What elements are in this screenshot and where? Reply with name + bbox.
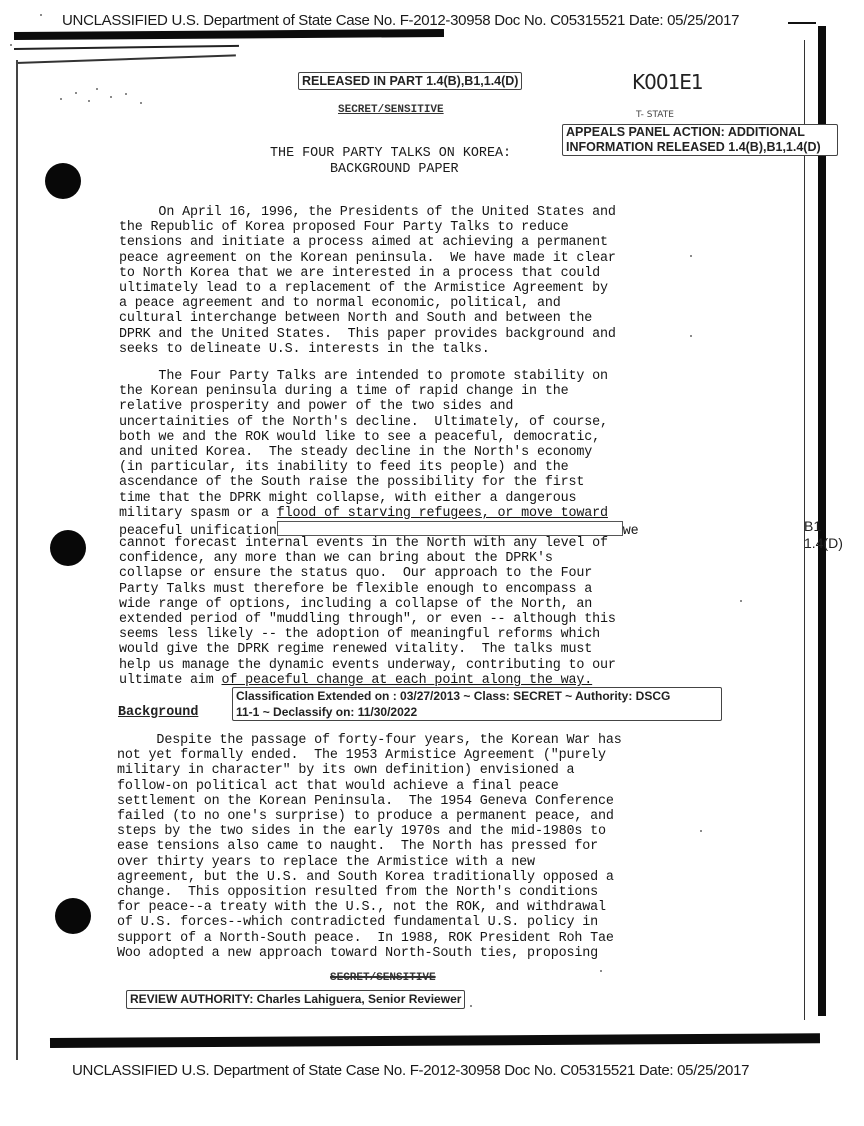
paragraph-line: agreement, but the U.S. and South Korea … xyxy=(117,870,622,885)
paragraph-line: seems less likely -- the adoption of mea… xyxy=(119,627,616,642)
paragraph-line: ease tensions also came to naught. The N… xyxy=(117,839,622,854)
paragraph-line: Party Talks must therefore be flexible e… xyxy=(119,582,616,597)
paragraph-line: the Korean peninsula during a time of ra… xyxy=(119,384,608,399)
paragraph-line: change. This opposition resulted from th… xyxy=(117,885,622,900)
last-line-text: ultimate aim xyxy=(119,673,222,688)
paragraph-purpose-last-line: ultimate aim of peaceful change at each … xyxy=(119,673,592,688)
paragraph-line: relative prosperity and power of the two… xyxy=(119,399,608,414)
paragraph-line: both we and the ROK would like to see a … xyxy=(119,430,608,445)
paragraph-line: military in character" by its own defini… xyxy=(117,763,622,778)
exemption-margin-note: B1 1.4(D) xyxy=(804,518,843,552)
paragraph-line: ascendance of the South raise the possib… xyxy=(119,475,608,490)
classification-mark-top: SECRET/SENSITIVE xyxy=(338,104,444,116)
handwritten-code: K001E1 xyxy=(632,70,703,94)
scan-border-bottom xyxy=(50,1033,820,1048)
last-line-underlined: of peaceful change at each point along t… xyxy=(222,673,593,688)
paragraph-line: steps by the two sides in the early 1970… xyxy=(117,824,622,839)
paragraph-purpose-spasm-line: military spasm or a flood of starving re… xyxy=(119,506,608,521)
paragraph-line: Despite the passage of forty-four years,… xyxy=(117,733,622,748)
paragraph-line: Woo adopted a new approach toward North-… xyxy=(117,946,622,961)
paragraph-line: extended period of "muddling through", o… xyxy=(119,612,616,627)
scan-border-left xyxy=(16,60,18,1060)
classification-stamp-line2: 11-1 ~ Declassify on: 11/30/2022 xyxy=(236,704,718,720)
paragraph-line: settlement on the Korean Peninsula. The … xyxy=(117,794,622,809)
classification-extended-stamp: Classification Extended on : 03/27/2013 … xyxy=(232,687,722,721)
paragraph-line: wide range of options, including a colla… xyxy=(119,597,616,612)
paragraph-line: On April 16, 1996, the Presidents of the… xyxy=(119,205,616,220)
header-declassification-line: UNCLASSIFIED U.S. Department of State Ca… xyxy=(62,12,739,29)
paragraph-line: for peace--a treaty with the U.S., not t… xyxy=(117,900,622,915)
paragraph-line: The Four Party Talks are intended to pro… xyxy=(119,369,608,384)
paragraph-line: the Republic of Korea proposed Four Part… xyxy=(119,220,616,235)
appeals-panel-stamp: APPEALS PANEL ACTION: ADDITIONAL INFORMA… xyxy=(562,124,838,156)
paragraph-line: uncertainities of the North's decline. U… xyxy=(119,415,608,430)
appeals-stamp-line2: INFORMATION RELEASED 1.4(B),B1,1.4(D) xyxy=(566,140,834,155)
paragraph-line: cultural interchange between North and S… xyxy=(119,311,616,326)
paragraph-line: failed (to no one's surprise) to produce… xyxy=(117,809,622,824)
paragraph-line: seeks to delineate U.S. interests in the… xyxy=(119,342,616,357)
scan-border-top-thin-2 xyxy=(16,54,236,64)
paragraph-purpose-continued: cannot forecast internal events in the N… xyxy=(119,536,616,673)
paragraph-line: support of a North-South peace. In 1988,… xyxy=(117,931,622,946)
paragraph-line: follow-on political act that would achie… xyxy=(117,779,622,794)
scan-border-top-thick xyxy=(14,29,444,40)
paragraph-line: (in particular, its inability to feed it… xyxy=(119,460,608,475)
classification-stamp-line1: Classification Extended on : 03/27/2013 … xyxy=(236,688,718,704)
footer-declassification-line: UNCLASSIFIED U.S. Department of State Ca… xyxy=(72,1062,749,1079)
spasm-line-underlined: flood of starving refugees, or move towa… xyxy=(277,506,608,521)
paragraph-purpose: The Four Party Talks are intended to pro… xyxy=(119,369,608,506)
released-in-part-stamp: RELEASED IN PART 1.4(B),B1,1.4(D) xyxy=(298,72,522,90)
section-heading-background: Background xyxy=(118,705,198,720)
paragraph-line: peace agreement on the Korean peninsula.… xyxy=(119,251,616,266)
appeals-stamp-line1: APPEALS PANEL ACTION: ADDITIONAL xyxy=(566,125,834,140)
paragraph-line: over thirty years to replace the Armisti… xyxy=(117,855,622,870)
paragraph-background: Despite the passage of forty-four years,… xyxy=(117,733,622,961)
unification-post-text: we xyxy=(623,524,639,539)
paragraph-line: would give the DPRK regime renewed vital… xyxy=(119,642,616,657)
handwritten-note: T- STATE xyxy=(636,110,674,120)
document-title-line1: THE FOUR PARTY TALKS ON KOREA: xyxy=(270,146,511,161)
punch-hole-middle xyxy=(50,530,86,566)
paragraph-line: help us manage the dynamic events underw… xyxy=(119,658,616,673)
exemption-code-14d: 1.4(D) xyxy=(804,535,843,552)
paragraph-line: tensions and initiate a process aimed at… xyxy=(119,235,616,250)
paragraph-line: of U.S. forces--which contradicted funda… xyxy=(117,915,622,930)
paragraph-line: DPRK and the United States. This paper p… xyxy=(119,327,616,342)
scan-border-top-thin xyxy=(14,45,239,50)
paragraph-line: time that the DPRK might collapse, with … xyxy=(119,491,608,506)
exemption-code-b1: B1 xyxy=(804,518,843,535)
paragraph-line: collapse or ensure the status quo. Our a… xyxy=(119,566,616,581)
paragraph-line: a peace agreement and to normal economic… xyxy=(119,296,616,311)
paragraph-line: cannot forecast internal events in the N… xyxy=(119,536,616,551)
paragraph-line: ultimately lead to a replacement of the … xyxy=(119,281,616,296)
document-title-line2: BACKGROUND PAPER xyxy=(330,162,459,177)
paragraph-line: to North Korea that we are interested in… xyxy=(119,266,616,281)
punch-hole-top xyxy=(45,163,81,199)
header-rule xyxy=(788,22,816,24)
punch-hole-bottom xyxy=(55,898,91,934)
review-authority-stamp: REVIEW AUTHORITY: Charles Lahiguera, Sen… xyxy=(126,990,465,1009)
classification-mark-bottom: SECRET/SENSITIVE xyxy=(330,972,436,984)
spasm-line-text: military spasm or a xyxy=(119,506,277,521)
paragraph-line: confidence, any more than we can bring a… xyxy=(119,551,616,566)
paragraph-intro: On April 16, 1996, the Presidents of the… xyxy=(119,205,616,357)
redaction-box xyxy=(277,521,623,536)
paragraph-line: and united Korea. The steady decline in … xyxy=(119,445,608,460)
paragraph-line: not yet formally ended. The 1953 Armisti… xyxy=(117,748,622,763)
